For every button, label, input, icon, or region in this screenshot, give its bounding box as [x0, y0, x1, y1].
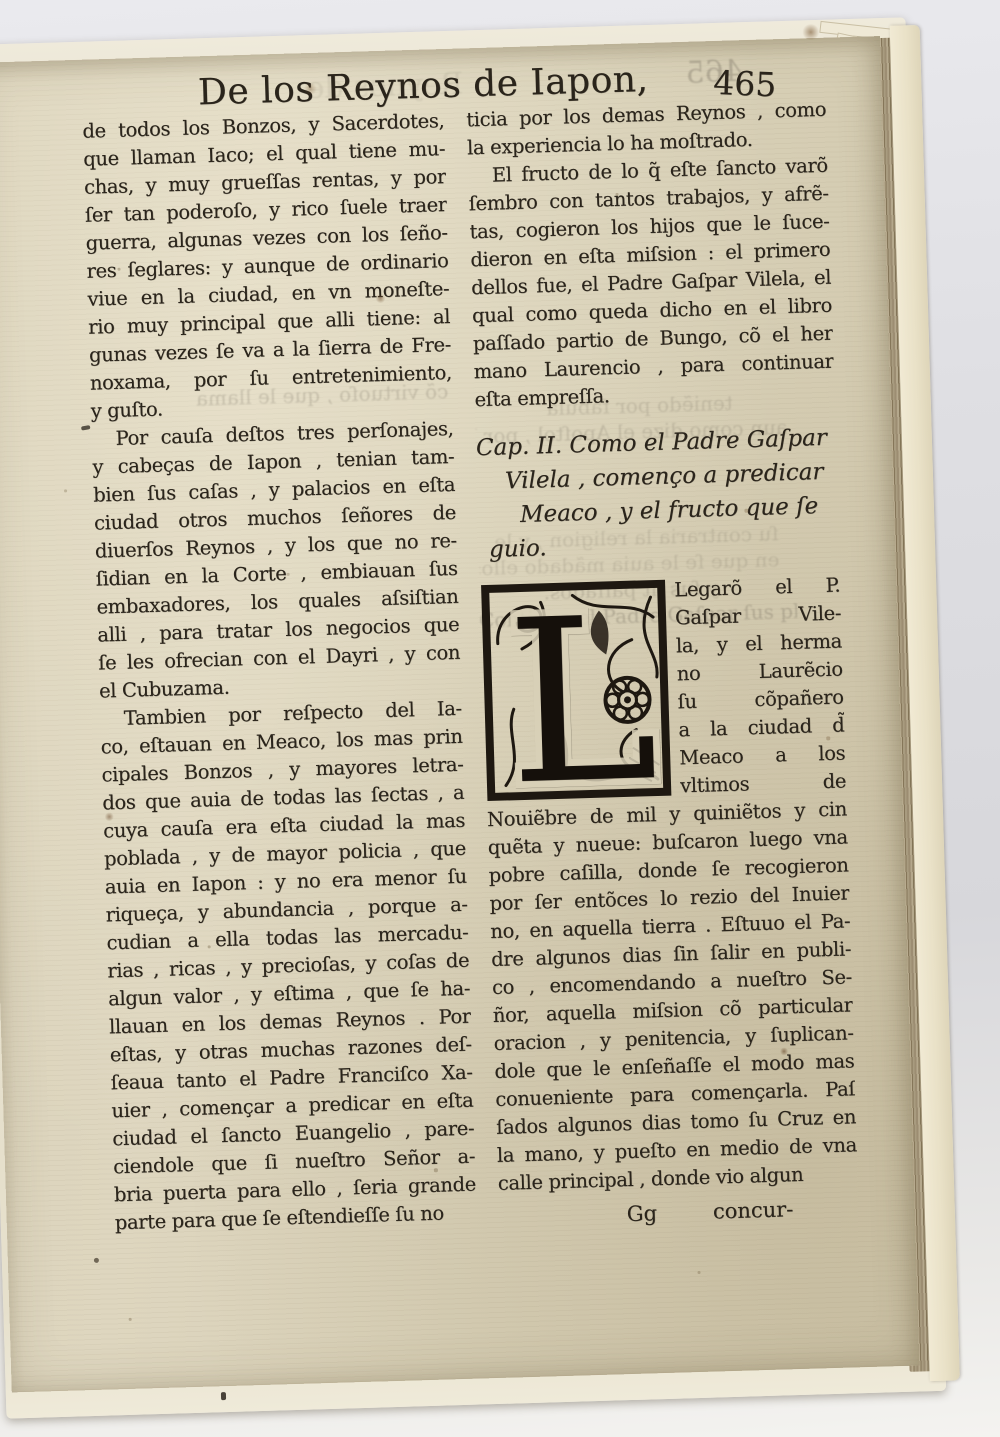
- ink-margin-mark: [81, 425, 91, 430]
- initial-letter: L: [504, 579, 661, 802]
- ink-speck: [94, 1258, 99, 1263]
- text-column-left: de todos los Bonzos, y Sacerdotes,que ll…: [82, 107, 477, 1237]
- catchword: concur-: [713, 1195, 794, 1227]
- drop-cap-paragraph: L L Legarõ el P.Gaſpar Vile-la, y el her…: [480, 571, 858, 1197]
- woodcut-initial-L: L L: [480, 579, 672, 802]
- chapter-heading: Cap. II. Como el Padre GaſparVilela , co…: [476, 422, 840, 569]
- intro-paragraphs: ticia por los demas Reynos , comola expe…: [466, 96, 835, 415]
- signature-mark: Gg: [626, 1199, 657, 1230]
- text-column-right: ticia por los demas Reynos , comola expe…: [466, 96, 859, 1234]
- book: 465Reynos decõ virtuoſo , que le llamate…: [0, 7, 1000, 1428]
- book-page: 465Reynos decõ virtuoſo , que le llamate…: [0, 36, 919, 1392]
- page-footer: Gg concur-: [498, 1193, 859, 1234]
- photo-background: 465Reynos decõ virtuoſo , que le llamate…: [0, 0, 1000, 1437]
